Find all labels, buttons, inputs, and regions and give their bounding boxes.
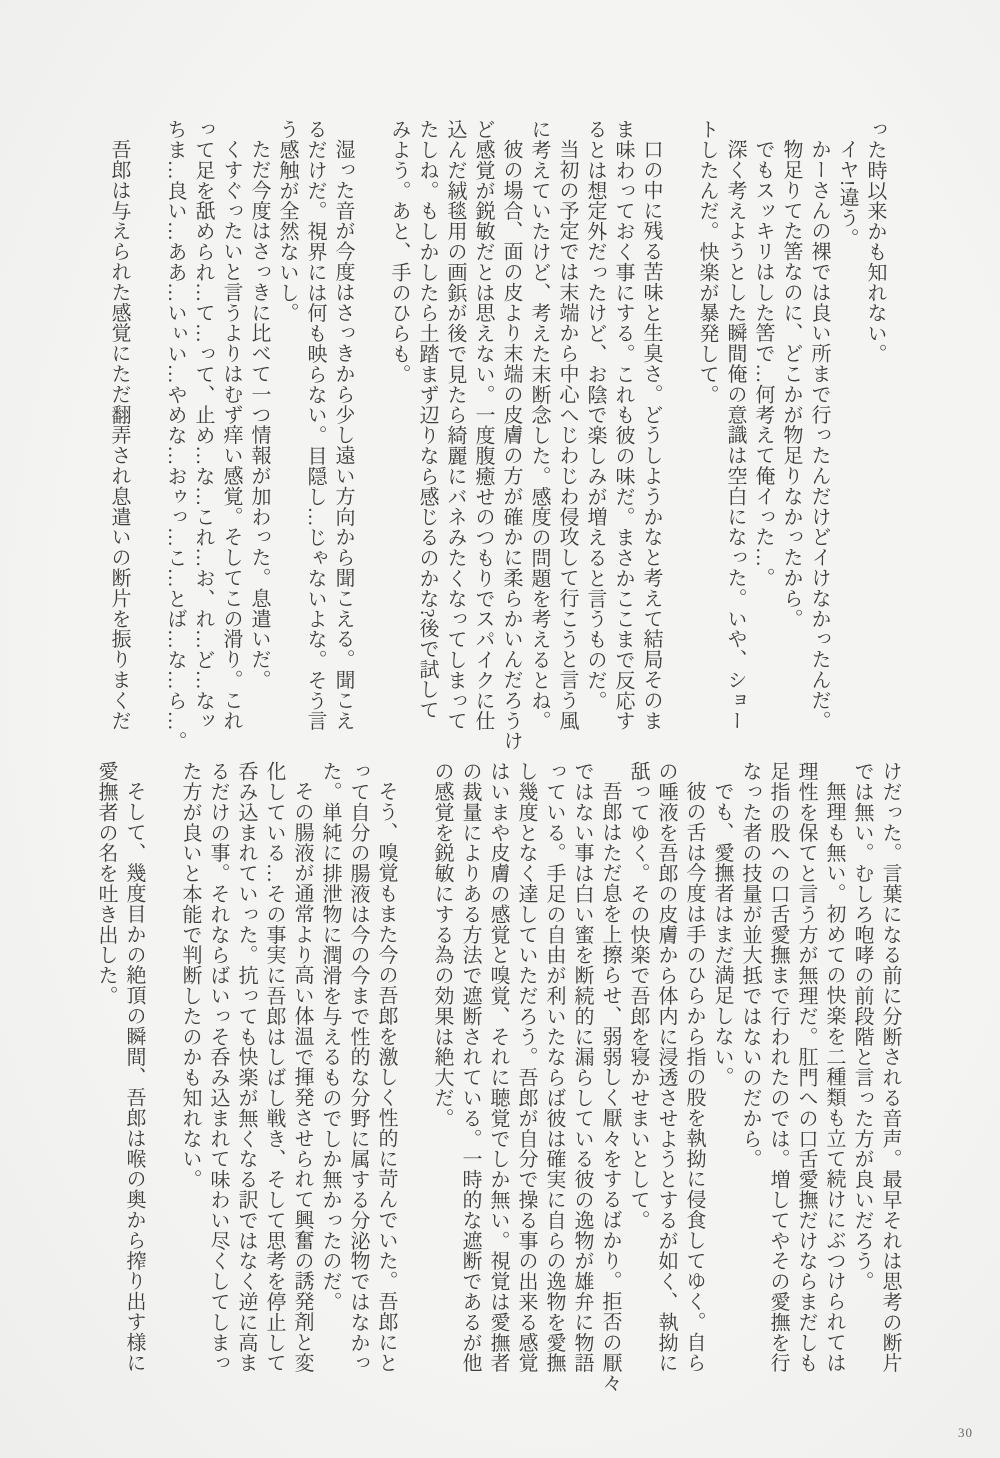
text-block-bottom: けだった。言葉になる前に分断される音声。最早それは思考の断片では無い。むしろ咆哮… xyxy=(92,761,904,1385)
text-column: 無理も無い。初めての快楽を二種類も立て続けにぶつけられては xyxy=(820,761,848,1385)
text-column: トしたんだ。快楽が暴発して。 xyxy=(693,119,721,743)
text-column: るだけの事。それならばいっそ呑み込まれて味わい尽くしてしまっ xyxy=(204,761,232,1385)
text-column: くすぐったいと言うよりはむず痒い感覚。そしてこの滑り。これ xyxy=(217,119,245,743)
text-column: 理性を保てと言う方が無理だ。肛門への口舌愛撫だけならまだしも xyxy=(792,761,820,1385)
text-column: の感覚を鋭敏にする為の効果は絶大だ。 xyxy=(428,761,456,1385)
text-column: た。単純に排泄物に潤滑を与えるものでしか無かったのだ。 xyxy=(316,761,344,1385)
text-column: イヤ!違う。 xyxy=(833,119,861,743)
text-column: 愛撫者の名を吐き出した。 xyxy=(92,761,120,1385)
text-column: った時以来かも知れない。 xyxy=(861,119,889,743)
text-column: の唾液を吾郎の皮膚から体内に浸透させようとするが如く、執拗に xyxy=(652,761,680,1385)
text-column: っている。手足の自由が利いたならば彼は確実に自らの逸物を愛撫 xyxy=(540,761,568,1385)
text-column: ではない事は白い蜜を断続的に漏らしている彼の逸物が雄弁に物語 xyxy=(568,761,596,1385)
text-column: の裁量によりある方法で遮断されている。一時的な遮断であるが他 xyxy=(456,761,484,1385)
text-column: たしね。もしかしたら土踏まず辺りなら感じるのかな?後で試して xyxy=(413,119,441,743)
text-column: 舐ってゆく。その快楽で吾郎を寝かせまいとして。 xyxy=(624,761,652,1385)
paragraph-group: った時以来かも知れない。イヤ!違う。かーさんの裸では良い所まで行ったんだけどイけ… xyxy=(693,119,889,743)
text-column: って自分の腸液は今の今まで性的な分野に属する分泌物ではなかっ xyxy=(344,761,372,1385)
text-column: かーさんの裸では良い所まで行ったんだけどイけなかったんだ。 xyxy=(805,119,833,743)
text-column: 物足りてた筈なのに、どこかが物足りなかったから。 xyxy=(777,119,805,743)
text-column: はいまや皮膚の感覚と嗅覚、それに聴覚でしか無い。視覚は愛撫者 xyxy=(484,761,512,1385)
text-column: るだけだ。視界には何も映らない。目隠し…じゃないよな。そう言 xyxy=(301,119,329,743)
text-column: では無い。むしろ咆哮の前段階と言った方が良いだろう。 xyxy=(848,761,876,1385)
text-column: 当初の予定では末端から中心へじわじわ侵攻して行こうと言う風 xyxy=(553,119,581,743)
text-column: し幾度となく達していただろう。吾郎が自分で操る事の出来る感覚 xyxy=(512,761,540,1385)
text-column: 彼の舌は今度は手のひらから指の股を執拗に侵食してゆく。自ら xyxy=(680,761,708,1385)
paragraph-group: 湿った音が今度はさっきから少し遠い方向から聞こえる。聞こえるだけだ。視界には何も… xyxy=(161,119,357,743)
text-column: 吾郎はただ息を上擦らせ、弱弱しく厭々をするばかり。拒否の厭々 xyxy=(596,761,624,1385)
text-column: そう、嗅覚もまた今の吾郎を激しく性的に苛んでいた。吾郎にと xyxy=(372,761,400,1385)
paragraph-group: 口の中に残る苦味と生臭さ。どうしようかなと考えて結局そのまま味わっておく事にする… xyxy=(385,119,665,743)
paragraph-group: そして、幾度目かの絶頂の瞬間、吾郎は喉の奥から搾り出す様に愛撫者の名を吐き出した… xyxy=(92,761,148,1385)
text-column: でも、愛撫者はまだ満足しない。 xyxy=(708,761,736,1385)
text-column: るとは想定外だったけど、お陰で楽しみが増えると言うものだ。 xyxy=(581,119,609,743)
text-column: 湿った音が今度はさっきから少し遠い方向から聞こえる。聞こえ xyxy=(329,119,357,743)
paragraph-group: そう、嗅覚もまた今の吾郎を激しく性的に苛んでいた。吾郎にとって自分の腸液は今の今… xyxy=(176,761,400,1385)
text-column: その腸液が通常より高い体温で揮発させられて興奮の誘発剤と変 xyxy=(288,761,316,1385)
text-column: って足を舐められ…て…って、止め…な…これ…お、れ…ど…なッ xyxy=(189,119,217,743)
text-column: なった者の技量が並大抵ではないのだから。 xyxy=(736,761,764,1385)
text-column: ちま…良い…ああ…いぃい…やめな…おゥっ…こ…とば…な…ら…。 xyxy=(161,119,189,743)
text-column: う感触が全然ないし。 xyxy=(273,119,301,743)
text-column: ま味わっておく事にする。これも彼の味だ。まさかここまで反応す xyxy=(609,119,637,743)
text-column: た方が良いと本能で判断したのかも知れない。 xyxy=(176,761,204,1385)
text-column: 化している…その事実に吾郎はしばし戦き、そして思考を停止して xyxy=(260,761,288,1385)
text-column: に考えていたけど、考えた末断念した。感度の問題を考えるとね。 xyxy=(525,119,553,743)
text-column: でもスッキリはした筈で…何考えて俺イった…。 xyxy=(749,119,777,743)
text-column: 深く考えようとした瞬間俺の意識は空白になった。いや、ショー xyxy=(721,119,749,743)
text-column: そして、幾度目かの絶頂の瞬間、吾郎は喉の奥から搾り出す様に xyxy=(120,761,148,1385)
text-block-top: った時以来かも知れない。イヤ!違う。かーさんの裸では良い所まで行ったんだけどイけ… xyxy=(105,119,889,743)
paragraph-group: 吾郎は与えられた感覚にただ翻弄され息遣いの断片を振りまくだ xyxy=(105,119,133,743)
text-column: みよう。あと、手のひらも。 xyxy=(385,119,413,743)
text-column: 吾郎は与えられた感覚にただ翻弄され息遣いの断片を振りまくだ xyxy=(105,119,133,743)
paragraph-group: けだった。言葉になる前に分断される音声。最早それは思考の断片では無い。むしろ咆哮… xyxy=(428,761,904,1385)
text-column: 足指の股への口舌愛撫まで行われたのでは。増してやその愛撫を行 xyxy=(764,761,792,1385)
text-column: 口の中に残る苦味と生臭さ。どうしようかなと考えて結局そのま xyxy=(637,119,665,743)
text-column: 込んだ絨毯用の画鋲が後で見たら綺麗にバネみたくなってしまって xyxy=(441,119,469,743)
page-number: 30 xyxy=(958,1425,973,1441)
text-column: 呑み込まれていった。抗っても快楽が無くなる訳ではなく逆に高ま xyxy=(232,761,260,1385)
text-column: 彼の場合、面の皮より末端の皮膚の方が確かに柔らかいんだろうけ xyxy=(497,119,525,743)
scanned-book-page: った時以来かも知れない。イヤ!違う。かーさんの裸では良い所まで行ったんだけどイけ… xyxy=(0,0,1000,1458)
text-column: ど感覚が鋭敏だとは思えない。一度腹癒せのつもりでスパイクに仕 xyxy=(469,119,497,743)
text-column: ただ今度はさっきに比べて一つ情報が加わった。息遣いだ。 xyxy=(245,119,273,743)
text-column: けだった。言葉になる前に分断される音声。最早それは思考の断片 xyxy=(876,761,904,1385)
